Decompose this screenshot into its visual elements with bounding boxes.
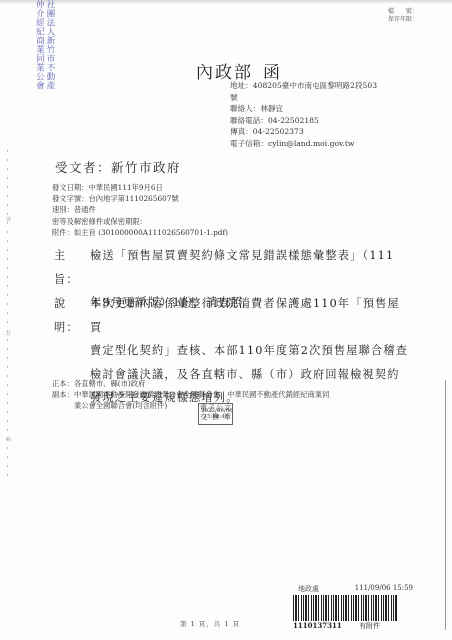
send-info-block: 發文日期：中華民國111年9月6日 發文字號：台內地字第1110265607號 … [52,182,228,238]
explanation-label: 說明： [54,292,90,339]
email: 電子信箱：cylin@land.moi.gov.tw [230,138,377,150]
delivery-speed: 速別：普通件 [52,204,228,215]
subject-label: 主旨： [54,244,90,291]
stamp-datetime: 2022/09/06 15:48:48 [201,408,231,420]
stamp-time: 15:48:48 [201,414,231,420]
barcode-dept: 地政處 [293,584,319,594]
file-number-label: 檔 號： [388,8,418,16]
binding-line [7,150,8,480]
address: 地址：408205臺中市南屯區黎明路2段503 [230,80,377,92]
barcode-number: 1110137311 [293,621,359,631]
distribution-block: 正本： 各直轄市、縣(市)政府 副本： 中華民國不動產開發商業同業公會全國聯合會… [52,378,329,411]
fax: 傳真：04-22502373 [230,126,377,138]
attachment: 附件：如主旨 (301000000A111026560701-1.pdf) [52,227,228,238]
phone: 聯絡電話：04-22502185 [230,115,377,127]
receipt-stamp-line: 社團法人新竹市不動產 [44,0,54,90]
contact-block: 地址：408205臺中市南屯區黎明路2段503 號 聯絡人：林靜宜 聯絡電話：0… [230,80,377,150]
binding-mark: 訂 [6,330,11,337]
copy-recipient-cont: 業公會全國聯合會(均含附件) [52,400,329,411]
barcode-datetime: 111/09/06 15:59 [355,584,413,594]
barcode-block: 地政處 111/09/06 15:59 1110137311 有附件 [293,584,413,632]
receipt-stamp-line: 仲介經紀商業同業公會 [34,0,44,90]
main-recipient-label: 正本： [52,378,74,389]
copy-recipient: 中華民國不動產開發商業同業公會全國聯合會、中華民國不動產代銷經紀商業同 [74,389,329,400]
binding-mark: 線 [6,436,11,443]
explanation-line: 本次更新內容係彙整行政院消費者保護處110年「預售屋買 [90,292,400,339]
address-cont: 號 [230,92,377,104]
secrecy-level: 密等及解密條件或保密期限： [52,216,228,227]
e-document-stamp: 電 子 公 文 交 換 章 2022/09/06 15:48:48 [198,403,233,425]
main-recipient: 各直轄市、縣(市)政府 [74,378,145,389]
binding-mark: 裝 [6,216,11,223]
explanation-line: 賣定型化契約」查核、本部110年度第2次預售屋聯合稽查 [54,339,408,363]
attachment-note: 有附件 [359,621,380,631]
barcode-icon [293,595,397,621]
receipt-stamp: 社團法人新竹市不動產 仲介經紀商業同業公會 [22,0,54,90]
subject-line: 檢送「預售屋買賣契約條文常見錯誤樣態彙整表」（111 [90,244,400,291]
document-page: 裝 訂 線 社團法人新竹市不動產 仲介經紀商業同業公會 檔 號： 保存年限： 內… [0,0,452,640]
doc-number: 發文字號：台內地字第1110265607號 [52,193,228,204]
document-meta: 檔 號： 保存年限： [388,8,418,23]
copy-recipient-label: 副本： [52,389,74,400]
send-date: 發文日期：中華民國111年9月6日 [52,182,228,193]
retention-label: 保存年限： [388,16,418,24]
scan-right-edge [445,380,446,630]
page-indicator: 第 1 頁，共 1 頁 [180,619,240,628]
contact-person: 聯絡人：林靜宜 [230,103,377,115]
recipient: 受文者：新竹市政府 [55,158,181,176]
scan-top-edge [0,0,452,4]
